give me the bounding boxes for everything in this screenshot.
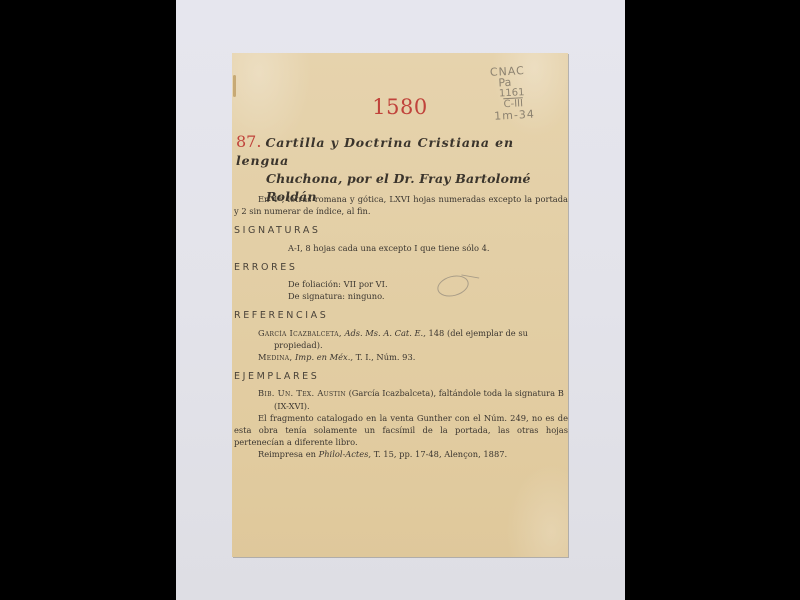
errores-item: De signatura: ninguno.	[234, 290, 568, 302]
gunther-note: El fragmento catalogado en la venta Gunt…	[234, 412, 568, 449]
reference-author: Medina,	[258, 352, 292, 362]
year-heading: 1580	[232, 95, 568, 119]
library-name: Bib. Un. Tex. Austin	[258, 388, 346, 398]
copy-location: Bib. Un. Tex. Austin (García Icazbalceta…	[234, 387, 568, 411]
entry-body: En 4º, letras romana y gótica, LXVI hoja…	[234, 193, 568, 461]
reprint-work: Philol-Actes,	[319, 449, 371, 459]
reference-detail: T. I., Núm. 93.	[356, 352, 416, 362]
section-heading-signaturas: SIGNATURAS	[234, 225, 568, 237]
photo-frame: CNAC Pa 1161 C-III 1m-34 1580 87.Cartill…	[0, 0, 800, 600]
title-line-1: Cartilla y Doctrina Cristiana en lengua	[236, 135, 514, 168]
reference-item: García Icazbalceta, Ads. Ms. A. Cat. E.,…	[234, 327, 568, 351]
section-heading-errores: ERRORES	[234, 262, 568, 274]
section-heading-ejemplares: EJEMPLARES	[234, 371, 568, 383]
section-heading-referencias: REFERENCIAS	[234, 310, 568, 322]
catalog-page: CNAC Pa 1161 C-III 1m-34 1580 87.Cartill…	[232, 53, 568, 557]
entry-number: 87.	[236, 132, 261, 151]
reprint-detail: T. 15, pp. 17-48, Alençon, 1887.	[374, 449, 507, 459]
stain-mark	[233, 75, 236, 97]
reprint-prefix: Reimpresa en	[258, 449, 316, 459]
physical-description: En 4º, letras romana y gótica, LXVI hoja…	[234, 193, 568, 217]
errores-item: De foliación: VII por VI.	[234, 278, 568, 290]
reference-work: Ads. Ms. A. Cat. E.,	[344, 328, 425, 338]
reference-work: Imp. en Méx.,	[295, 352, 353, 362]
signaturas-text: A-I, 8 hojas cada una excepto I que tien…	[234, 242, 568, 254]
reference-item: Medina, Imp. en Méx., T. I., Núm. 93.	[234, 351, 568, 363]
reprint-note: Reimpresa en Philol-Actes, T. 15, pp. 17…	[234, 448, 568, 460]
reference-author: García Icazbalceta,	[258, 328, 342, 338]
